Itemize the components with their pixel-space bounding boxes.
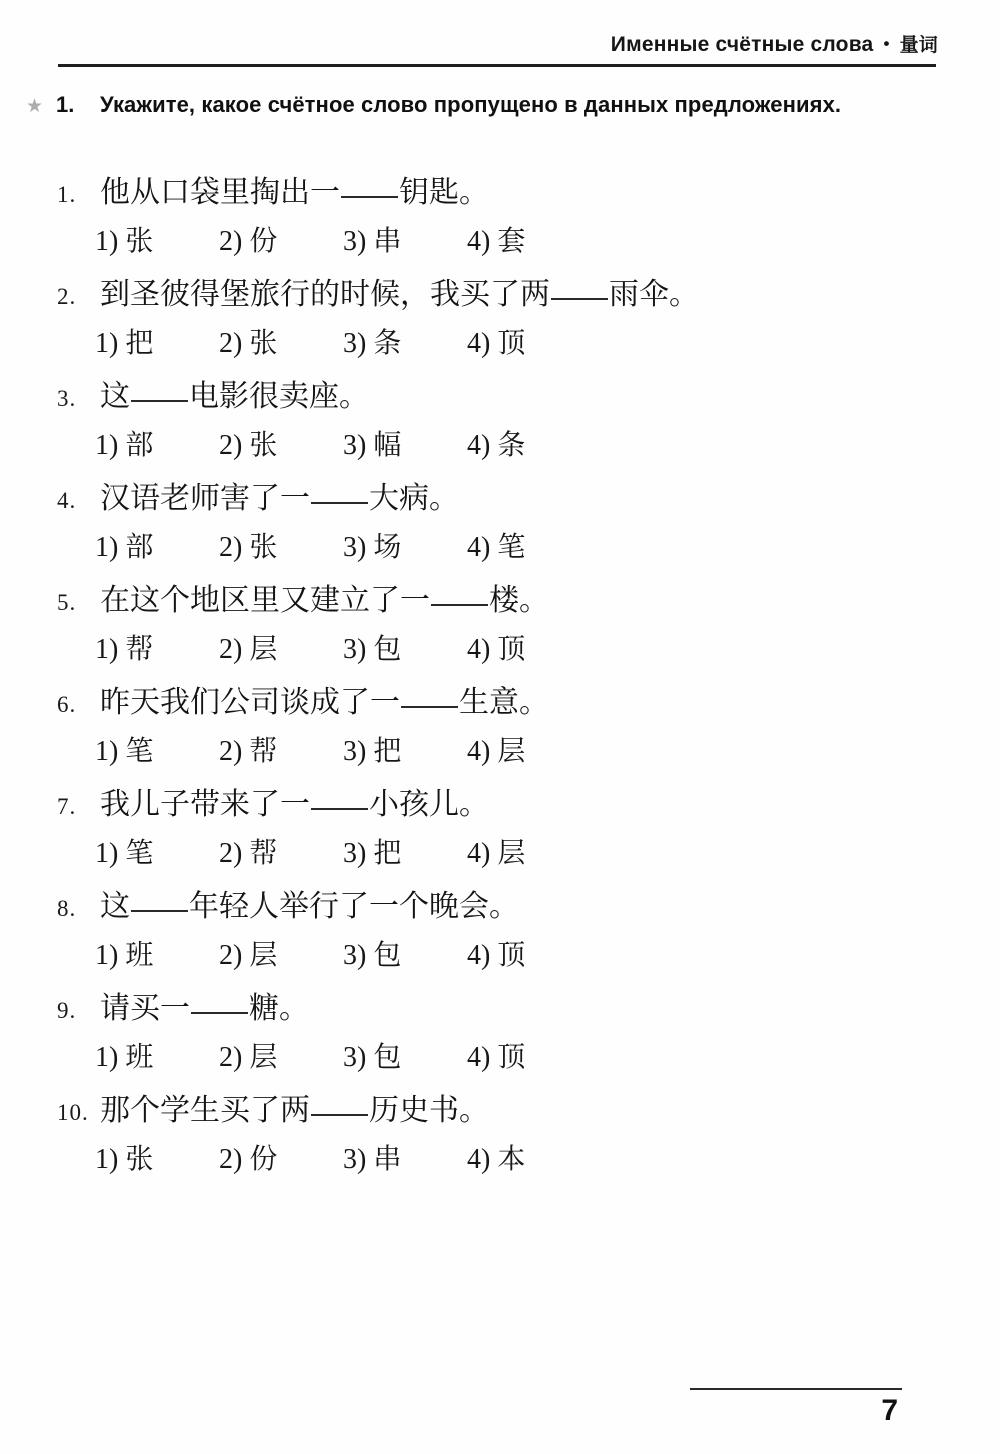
question-sentence: 9.请买一糖。 [57, 988, 970, 1032]
option-1: 1) 部 [95, 424, 219, 468]
answer-blank [431, 600, 488, 606]
answer-blank [131, 906, 188, 912]
option-3: 3) 条 [343, 322, 467, 366]
question-5: 5.在这个地区里又建立了一楼。 1) 帮 2) 层 3) 包 4) 顶 [57, 580, 970, 672]
bullet-icon: • [883, 34, 889, 53]
sentence-pre: 请买一 [100, 992, 190, 1025]
sentence-pre: 这 [100, 890, 130, 923]
question-sentence: 2.到圣彼得堡旅行的时候，我买了两雨伞。 [57, 274, 970, 318]
question-number: 7. [57, 786, 100, 828]
option-4: 4) 条 [467, 424, 591, 468]
running-head-ru: Именные счётные слова [611, 33, 874, 56]
running-head-zh: 量词 [900, 35, 938, 56]
sentence-pre: 昨天我们公司谈成了一 [100, 686, 400, 719]
option-2: 2) 帮 [219, 730, 343, 774]
header-rule [58, 64, 936, 67]
option-2: 2) 层 [219, 628, 343, 672]
question-number: 10. [57, 1092, 100, 1134]
option-2: 2) 份 [219, 1138, 343, 1182]
sentence-pre: 那个学生买了两 [100, 1094, 310, 1127]
question-sentence: 10.那个学生买了两历史书。 [57, 1090, 970, 1134]
question-list: 1.他从口袋里掏出一钥匙。 1) 张 2) 份 3) 串 4) 套 2.到圣彼得… [57, 172, 970, 1192]
sentence-post: 小孩儿。 [369, 788, 489, 821]
sentence-pre: 我儿子带来了一 [100, 788, 310, 821]
answer-blank [311, 804, 368, 810]
sentence-pre: 在这个地区里又建立了一 [100, 584, 430, 617]
option-2: 2) 张 [219, 322, 343, 366]
option-1: 1) 部 [95, 526, 219, 570]
question-sentence: 7.我儿子带来了一小孩儿。 [57, 784, 970, 828]
question-6: 6.昨天我们公司谈成了一生意。 1) 笔 2) 帮 3) 把 4) 层 [57, 682, 970, 774]
option-1: 1) 笔 [95, 730, 219, 774]
question-number: 5. [57, 582, 100, 624]
option-row: 1) 笔 2) 帮 3) 把 4) 层 [57, 832, 970, 876]
option-4: 4) 顶 [467, 934, 591, 978]
sentence-post: 生意。 [459, 686, 549, 719]
page-number: 7 [881, 1394, 898, 1428]
option-3: 3) 场 [343, 526, 467, 570]
option-2: 2) 帮 [219, 832, 343, 876]
sentence-pre: 他从口袋里掏出一 [100, 176, 340, 209]
option-4: 4) 笔 [467, 526, 591, 570]
option-row: 1) 班 2) 层 3) 包 4) 顶 [57, 1036, 970, 1080]
question-sentence: 6.昨天我们公司谈成了一生意。 [57, 682, 970, 726]
option-2: 2) 张 [219, 424, 343, 468]
question-sentence: 3.这电影很卖座。 [57, 376, 970, 420]
footer-rule [690, 1388, 902, 1390]
option-3: 3) 把 [343, 832, 467, 876]
answer-blank [551, 294, 608, 300]
running-head: Именные счётные слова•量词 [58, 30, 938, 57]
option-row: 1) 帮 2) 层 3) 包 4) 顶 [57, 628, 970, 672]
option-4: 4) 套 [467, 220, 591, 264]
question-number: 3. [57, 378, 100, 420]
answer-blank [401, 702, 458, 708]
question-sentence: 8.这年轻人举行了一个晚会。 [57, 886, 970, 930]
option-row: 1) 部 2) 张 3) 场 4) 笔 [57, 526, 970, 570]
option-1: 1) 张 [95, 1138, 219, 1182]
answer-blank [311, 1110, 368, 1116]
book-page: Именные счётные слова•量词 ★ 1. Укажите, к… [0, 0, 1000, 1454]
question-3: 3.这电影很卖座。 1) 部 2) 张 3) 幅 4) 条 [57, 376, 970, 468]
option-row: 1) 班 2) 层 3) 包 4) 顶 [57, 934, 970, 978]
option-2: 2) 张 [219, 526, 343, 570]
option-3: 3) 包 [343, 628, 467, 672]
option-4: 4) 顶 [467, 1036, 591, 1080]
question-number: 8. [57, 888, 100, 930]
option-4: 4) 顶 [467, 628, 591, 672]
option-1: 1) 笔 [95, 832, 219, 876]
question-number: 6. [57, 684, 100, 726]
option-row: 1) 笔 2) 帮 3) 把 4) 层 [57, 730, 970, 774]
option-4: 4) 本 [467, 1138, 591, 1182]
question-7: 7.我儿子带来了一小孩儿。 1) 笔 2) 帮 3) 把 4) 层 [57, 784, 970, 876]
question-sentence: 1.他从口袋里掏出一钥匙。 [57, 172, 970, 216]
question-1: 1.他从口袋里掏出一钥匙。 1) 张 2) 份 3) 串 4) 套 [57, 172, 970, 264]
exercise-title: ★ 1. Укажите, какое счётное слово пропущ… [26, 92, 960, 118]
sentence-post: 楼。 [489, 584, 549, 617]
answer-blank [341, 192, 398, 198]
question-number: 4. [57, 480, 100, 522]
sentence-pre: 这 [100, 380, 130, 413]
question-sentence: 5.在这个地区里又建立了一楼。 [57, 580, 970, 624]
option-3: 3) 包 [343, 1036, 467, 1080]
option-3: 3) 幅 [343, 424, 467, 468]
option-3: 3) 包 [343, 934, 467, 978]
question-2: 2.到圣彼得堡旅行的时候，我买了两雨伞。 1) 把 2) 张 3) 条 4) 顶 [57, 274, 970, 366]
option-4: 4) 顶 [467, 322, 591, 366]
option-row: 1) 把 2) 张 3) 条 4) 顶 [57, 322, 970, 366]
question-number: 1. [57, 174, 100, 216]
question-10: 10.那个学生买了两历史书。 1) 张 2) 份 3) 串 4) 本 [57, 1090, 970, 1182]
option-3: 3) 串 [343, 220, 467, 264]
sentence-post: 雨伞。 [609, 278, 699, 311]
option-1: 1) 班 [95, 934, 219, 978]
option-2: 2) 层 [219, 1036, 343, 1080]
sentence-pre: 汉语老师害了一 [100, 482, 310, 515]
sentence-post: 大病。 [369, 482, 459, 515]
option-1: 1) 张 [95, 220, 219, 264]
question-4: 4.汉语老师害了一大病。 1) 部 2) 张 3) 场 4) 笔 [57, 478, 970, 570]
sentence-post: 历史书。 [369, 1094, 489, 1127]
question-number: 2. [57, 276, 100, 318]
option-1: 1) 把 [95, 322, 219, 366]
option-row: 1) 张 2) 份 3) 串 4) 本 [57, 1138, 970, 1182]
option-1: 1) 班 [95, 1036, 219, 1080]
option-2: 2) 层 [219, 934, 343, 978]
exercise-number: 1. [56, 92, 100, 118]
star-icon: ★ [26, 95, 56, 117]
option-2: 2) 份 [219, 220, 343, 264]
answer-blank [131, 396, 188, 402]
sentence-post: 电影很卖座。 [189, 380, 369, 413]
option-4: 4) 层 [467, 730, 591, 774]
sentence-pre: 到圣彼得堡旅行的时候，我买了两 [100, 278, 550, 311]
question-9: 9.请买一糖。 1) 班 2) 层 3) 包 4) 顶 [57, 988, 970, 1080]
sentence-post: 年轻人举行了一个晚会。 [189, 890, 519, 923]
question-8: 8.这年轻人举行了一个晚会。 1) 班 2) 层 3) 包 4) 顶 [57, 886, 970, 978]
option-3: 3) 串 [343, 1138, 467, 1182]
sentence-post: 钥匙。 [399, 176, 489, 209]
option-row: 1) 部 2) 张 3) 幅 4) 条 [57, 424, 970, 468]
option-4: 4) 层 [467, 832, 591, 876]
sentence-post: 糖。 [249, 992, 309, 1025]
option-3: 3) 把 [343, 730, 467, 774]
question-sentence: 4.汉语老师害了一大病。 [57, 478, 970, 522]
answer-blank [191, 1008, 248, 1014]
option-1: 1) 帮 [95, 628, 219, 672]
option-row: 1) 张 2) 份 3) 串 4) 套 [57, 220, 970, 264]
answer-blank [311, 498, 368, 504]
exercise-instruction: Укажите, какое счётное слово пропущено в… [100, 92, 960, 118]
question-number: 9. [57, 990, 100, 1032]
